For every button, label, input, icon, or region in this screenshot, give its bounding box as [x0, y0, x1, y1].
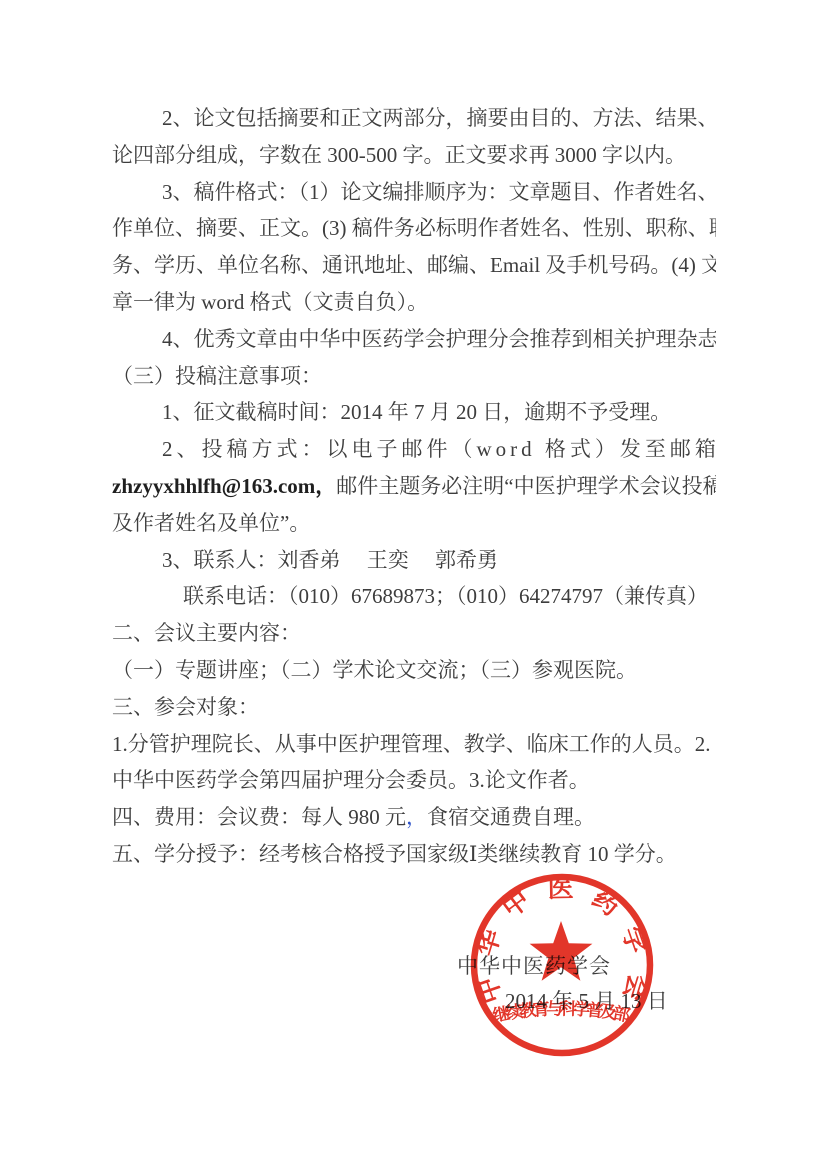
- seal-star-icon: [530, 921, 593, 981]
- text-line: 1、征文截稿时间：2014 年 7 月 20 日，逾期不予受理。: [112, 394, 716, 431]
- text-segment: 3、稿件格式：（1）论文编排顺序为：文章题目、作者姓名、工: [162, 180, 716, 204]
- text-segment: 章一律为 word 格式（文责自负）。: [112, 290, 428, 314]
- text-line: 4、优秀文章由中华中医药学会护理分会推荐到相关护理杂志。: [112, 321, 716, 358]
- text-line: 3、联系人：刘香弟 王奕 郭希勇: [112, 542, 716, 579]
- text-segment: 1、征文截稿时间：2014 年 7 月 20 日，逾期不予受理。: [162, 400, 671, 424]
- text-line: 三、参会对象：: [112, 689, 716, 726]
- text-segment: 2、论文包括摘要和正文两部分，摘要由目的、方法、结果、结: [162, 106, 716, 130]
- text-line: 1.分管护理院长、从事中医护理管理、教学、临床工作的人员。2.: [112, 726, 716, 763]
- official-seal-stamp: 中华中医药学会 继续教育与科学普及部: [467, 870, 657, 1060]
- text-line: （三）投稿注意事项：: [112, 358, 716, 395]
- text-segment: （三）投稿注意事项：: [112, 364, 322, 388]
- text-segment: 务、学历、单位名称、通讯地址、邮编、Email 及手机号码。(4) 文: [112, 253, 716, 277]
- seal-bottom-text: 继续教育与科学普及部: [491, 998, 632, 1025]
- text-line: 2、论文包括摘要和正文两部分，摘要由目的、方法、结果、结: [112, 100, 716, 137]
- text-segment: 4、优秀文章由中华中医药学会护理分会推荐到相关护理杂志。: [162, 327, 716, 351]
- text-segment: 中华中医药学会第四届护理分会委员。3.论文作者。: [112, 768, 590, 792]
- text-line: （一）专题讲座；（二）学术论文交流；（三）参观医院。: [112, 652, 716, 689]
- text-segment: 3、联系人：刘香弟 王奕 郭希勇: [162, 548, 498, 572]
- text-line: 及作者姓名及单位”。: [112, 505, 716, 542]
- document-page: 2、论文包括摘要和正文两部分，摘要由目的、方法、结果、结论四部分组成，字数在 3…: [0, 0, 827, 1169]
- text-line: 作单位、摘要、正文。(3) 稿件务必标明作者姓名、性别、职称、职: [112, 210, 716, 247]
- text-segment: 五、学分授予：经考核合格授予国家级Ⅰ类继续教育 10 学分。: [112, 842, 677, 866]
- text-line: 3、稿件格式：（1）论文编排顺序为：文章题目、作者姓名、工: [112, 174, 716, 211]
- text-line: 五、学分授予：经考核合格授予国家级Ⅰ类继续教育 10 学分。: [112, 836, 716, 873]
- text-segment: 四、费用：会议费：每人 980 元: [112, 805, 406, 829]
- text-line: 联系电话：（010）67689873；（010）64274797（兼传真）: [112, 578, 716, 615]
- text-segment: 二、会议主要内容：: [112, 621, 301, 645]
- text-segment: 食宿交通费自理。: [427, 805, 595, 829]
- text-line: 二、会议主要内容：: [112, 615, 716, 652]
- text-segment: （一）专题讲座；（二）学术论文交流；（三）参观医院。: [112, 658, 637, 682]
- document-text: 2、论文包括摘要和正文两部分，摘要由目的、方法、结果、结论四部分组成，字数在 3…: [112, 100, 716, 873]
- text-segment: ，: [406, 805, 427, 829]
- text-line: 论四部分组成，字数在 300-500 字。正文要求再 3000 字以内。: [112, 137, 716, 174]
- text-segment: 作单位、摘要、正文。(3) 稿件务必标明作者姓名、性别、职称、职: [112, 216, 716, 240]
- text-segment: 论四部分组成，字数在 300-500 字。正文要求再 3000 字以内。: [112, 143, 686, 167]
- text-line: zhzyyxhhlfh@163.com，邮件主题务必注明“中医护理学术会议投稿: [112, 468, 716, 505]
- text-line: 中华中医药学会第四届护理分会委员。3.论文作者。: [112, 762, 716, 799]
- text-segment: 2、投稿方式：以电子邮件（word 格式）发至邮箱：: [162, 437, 716, 461]
- text-line: 章一律为 word 格式（文责自负）。: [112, 284, 716, 321]
- text-segment: 三、参会对象：: [112, 695, 259, 719]
- text-segment: zhzyyxhhlfh@163.com，: [112, 474, 336, 498]
- text-segment: 1.分管护理院长、从事中医护理管理、教学、临床工作的人员。2.: [112, 732, 711, 756]
- text-segment: 邮件主题务必注明“中医护理学术会议投稿: [336, 474, 716, 498]
- text-line: 四、费用：会议费：每人 980 元，食宿交通费自理。: [112, 799, 716, 836]
- text-segment: 及作者姓名及单位”。: [112, 511, 310, 535]
- text-line: 务、学历、单位名称、通讯地址、邮编、Email 及手机号码。(4) 文: [112, 247, 716, 284]
- text-segment: 联系电话：（010）67689873；（010）64274797（兼传真）: [183, 584, 708, 608]
- text-line: 2、投稿方式：以电子邮件（word 格式）发至邮箱：: [112, 431, 716, 468]
